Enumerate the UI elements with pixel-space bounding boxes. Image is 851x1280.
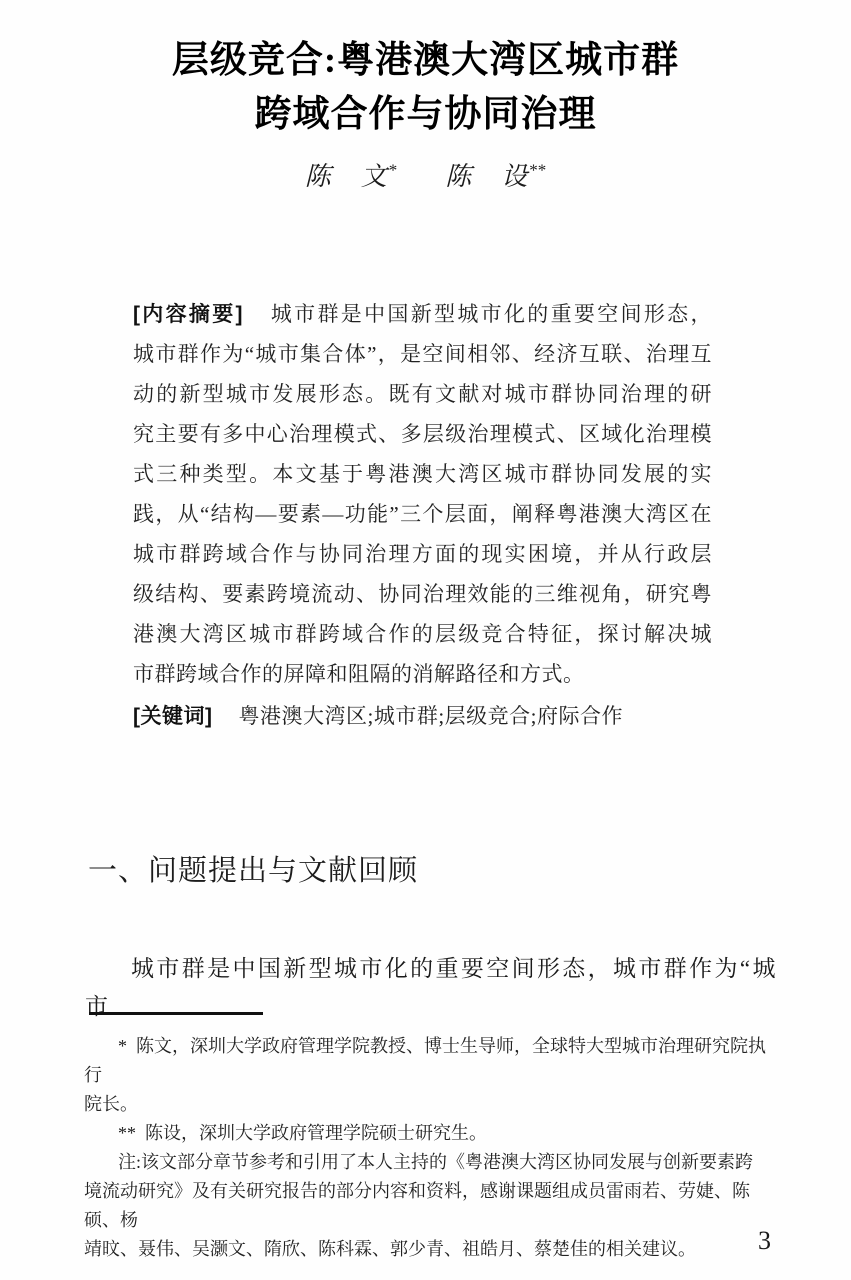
authors-line: 陈 文*陈 设** [0,156,851,193]
footnote-line: * 陈文，深圳大学政府管理学院教授、博士生导师，全球特大型城市治理研究院执行 [84,1032,780,1090]
abstract-line: 港澳大湾区城市群跨域合作的层级竞合特征，探讨解决城 [133,614,712,654]
abstract-line: 市群跨域合作的屏障和阻隔的消解路径和方式。 [133,654,712,694]
footnote-line: 注:该文部分章节参考和引用了本人主持的《粤港澳大湾区协同发展与创新要素跨 [84,1148,780,1177]
abstract-line: 城市群跨域合作与协同治理方面的现实困境，并从行政层 [133,534,712,574]
keywords-line: [关键词]粤港澳大湾区;城市群;层级竞合;府际合作 [133,696,712,736]
author-2-footnote-mark: ** [529,160,546,179]
author-1-name: 陈 文 [305,162,389,191]
footnotes-block: * 陈文，深圳大学政府管理学院教授、博士生导师，全球特大型城市治理研究院执行 院… [84,1032,780,1264]
footnote-line: ** 陈设，深圳大学政府管理学院硕士研究生。 [84,1119,780,1148]
abstract-label: [内容摘要] [133,303,243,326]
author-1-footnote-mark: * [389,160,398,179]
article-title-line2: 跨域合作与协同治理 [0,88,851,142]
section-heading: 一、问题提出与文献回顾 [88,848,418,889]
document-page: 层级竞合:粤港澳大湾区城市群 跨域合作与协同治理 陈 文*陈 设** [内容摘要… [0,0,851,1280]
abstract-line: 践，从“结构—要素—功能”三个层面，阐释粤港澳大湾区在 [133,494,712,534]
abstract-line: 式三种类型。本文基于粤港澳大湾区城市群协同发展的实 [133,454,712,494]
abstract-line: [内容摘要]城市群是中国新型城市化的重要空间形态， [133,294,712,334]
abstract-line: 级结构、要素跨境流动、协同治理效能的三维视角，研究粤 [133,574,712,614]
author-2-name: 陈 设 [445,162,529,191]
article-title: 层级竞合:粤港澳大湾区城市群 跨域合作与协同治理 [0,34,851,142]
footnote-line: 院长。 [84,1090,780,1119]
footnote-divider [89,1012,263,1015]
footnote-line: 境流动研究》及有关研究报告的部分内容和资料，感谢课题组成员雷雨若、劳婕、陈硕、杨 [84,1177,780,1235]
abstract-line: 城市群作为“城市集合体”，是空间相邻、经济互联、治理互 [133,334,712,374]
abstract-line: 究主要有多中心治理模式、多层级治理模式、区域化治理模 [133,414,712,454]
keywords-text: 粤港澳大湾区;城市群;层级竞合;府际合作 [239,704,624,728]
abstract-block: [内容摘要]城市群是中国新型城市化的重要空间形态， 城市群作为“城市集合体”，是… [133,294,712,736]
keywords-label: [关键词] [133,705,213,728]
abstract-line: 动的新型城市发展形态。既有文献对城市群协同治理的研 [133,374,712,414]
footnote-line: 靖旼、聂伟、吴灏文、隋欣、陈科霖、郭少青、祖皓月、蔡楚佳的相关建议。 [84,1235,780,1264]
abstract-text: 城市群是中国新型城市化的重要空间形态， [269,302,712,326]
article-title-line1: 层级竞合:粤港澳大湾区城市群 [0,34,851,88]
page-number: 3 [758,1226,771,1256]
